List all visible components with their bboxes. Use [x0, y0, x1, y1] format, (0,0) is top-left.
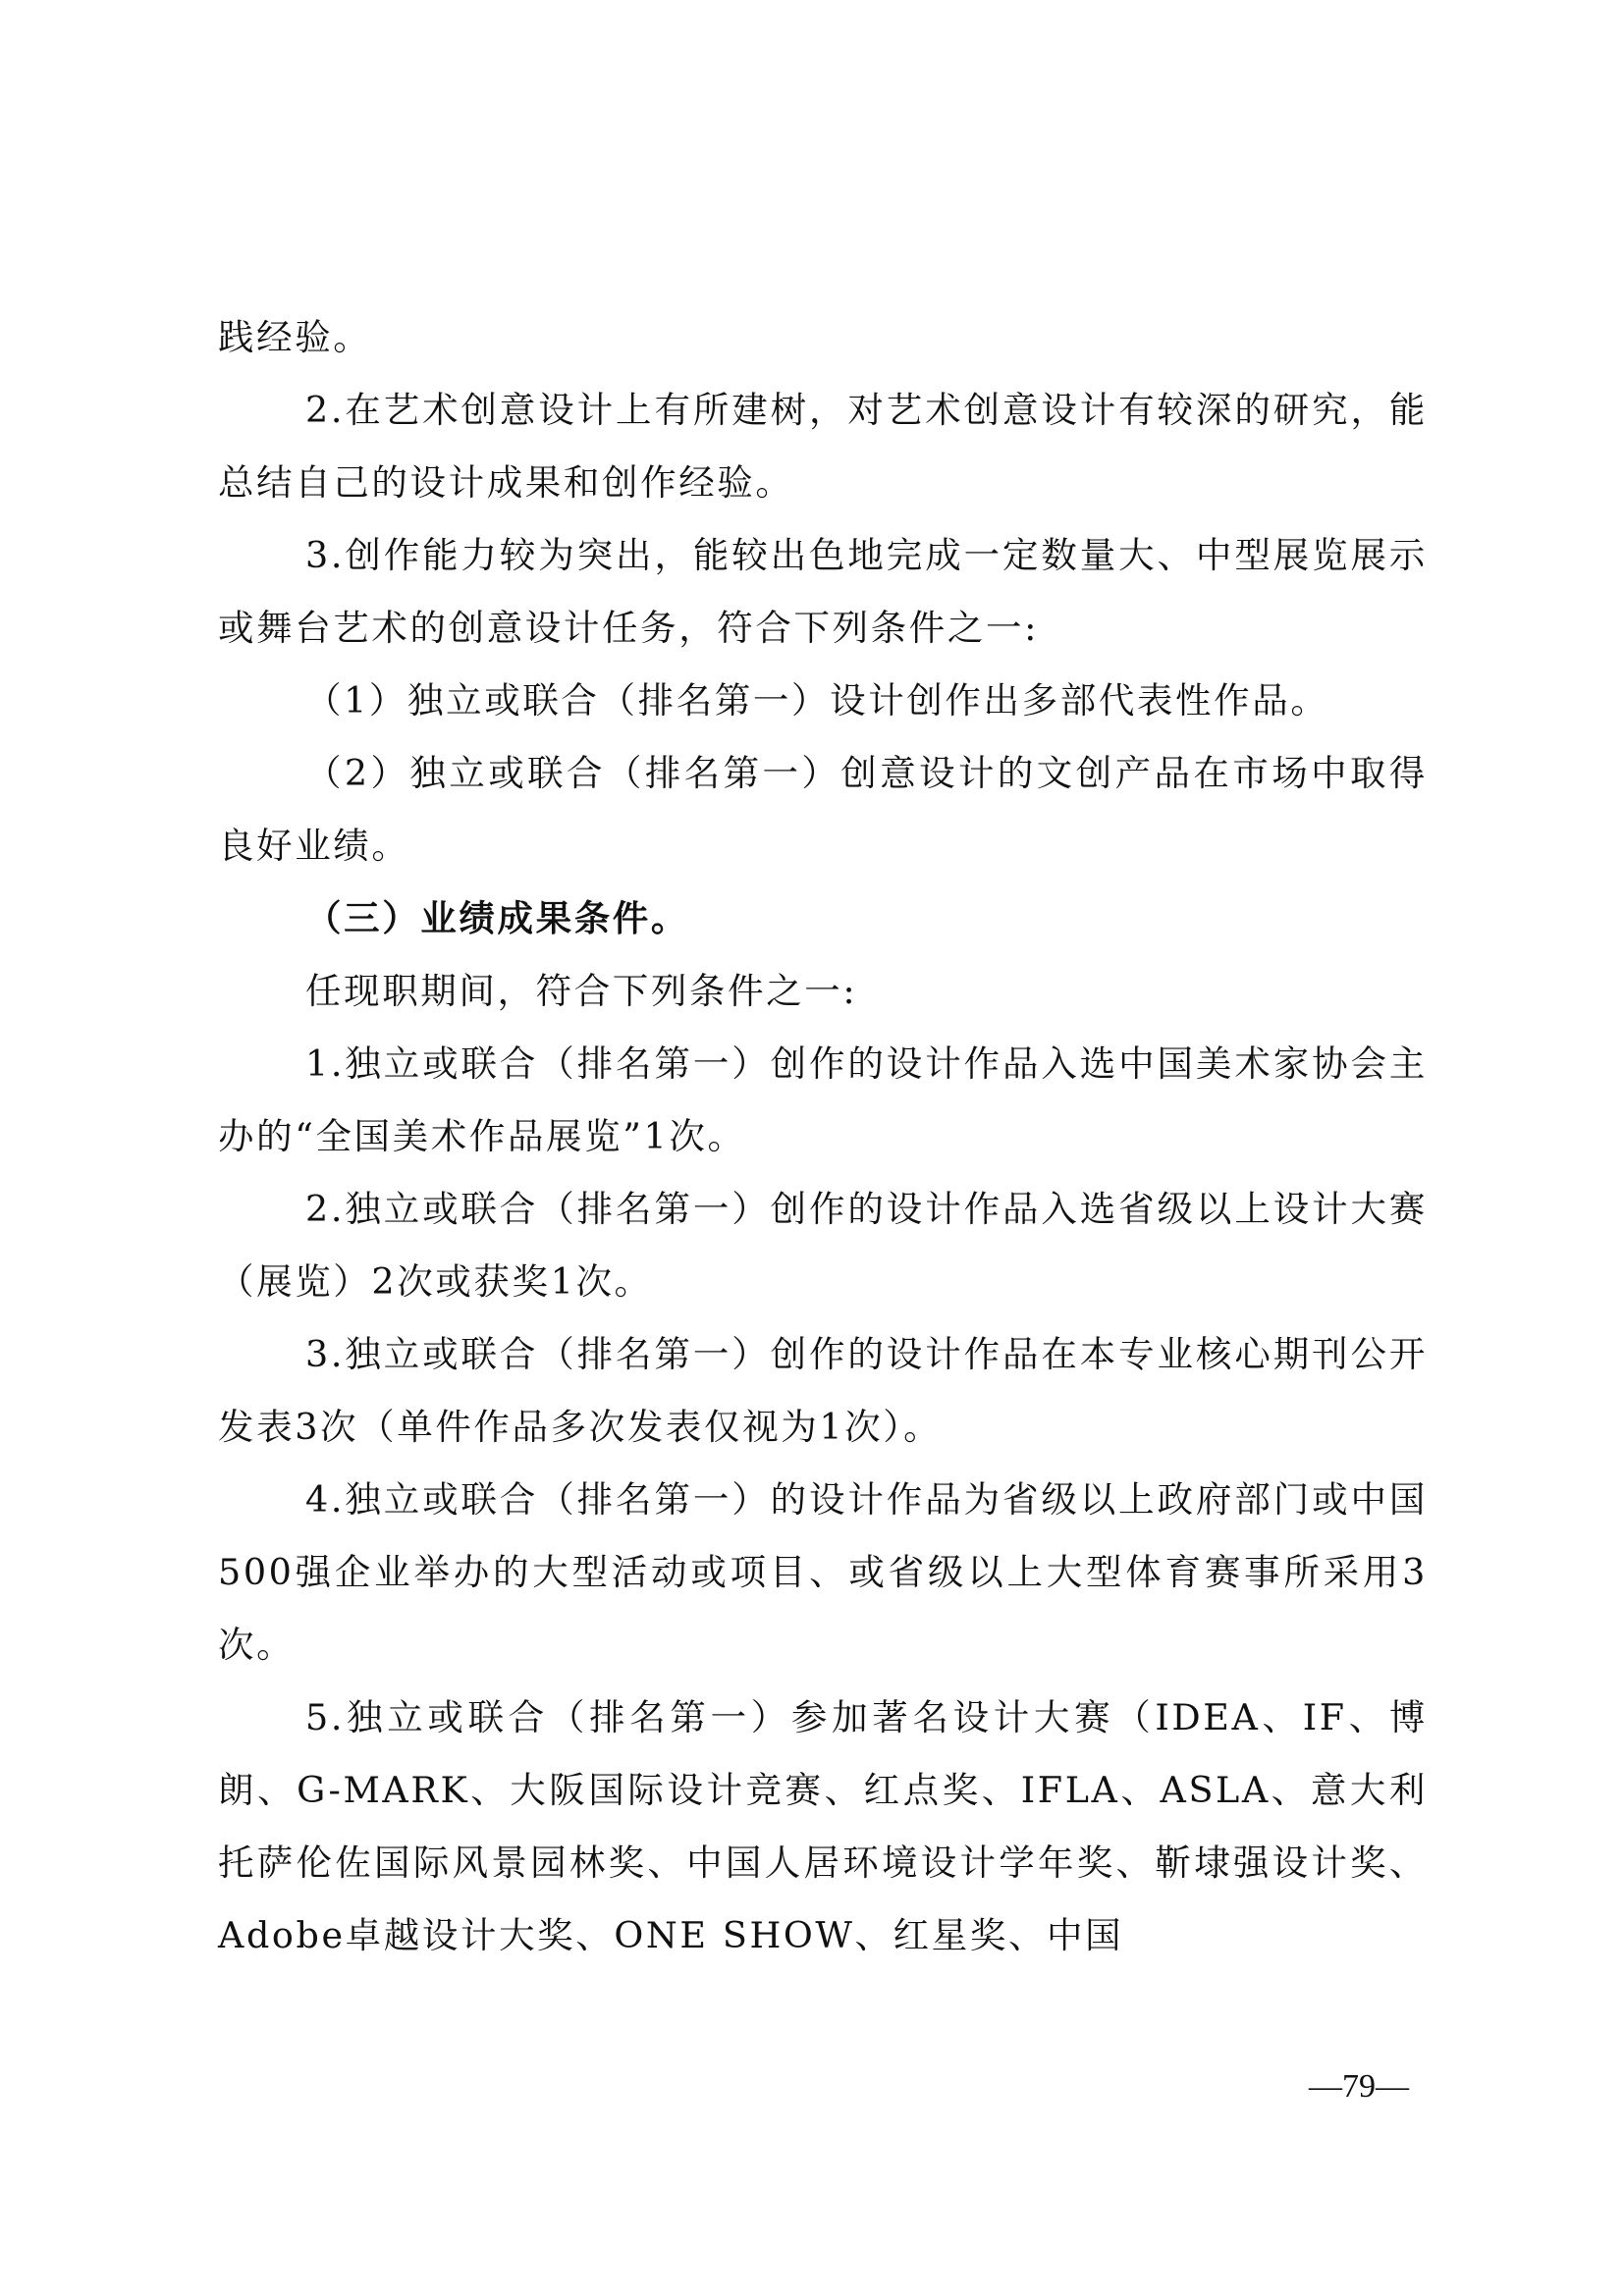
paragraph-achievement-4: 4.独立或联合（排名第一）的设计作品为省级以上政府部门或中国500强企业举办的大… [218, 1464, 1428, 1682]
paragraph-achievement-2: 2.独立或联合（排名第一）创作的设计作品入选省级以上设计大赛（展览）2次或获奖1… [218, 1173, 1428, 1318]
paragraph-achievement-5: 5.独立或联合（排名第一）参加著名设计大赛（IDEA、IF、博朗、G-MARK、… [218, 1682, 1428, 1972]
paragraph-item-3-creative-ability: 3.创作能力较为突出，能较出色地完成一定数量大、中型展览展示或舞台艺术的创意设计… [218, 519, 1428, 665]
document-page: 践经验。 2.在艺术创意设计上有所建树，对艺术创意设计有较深的研究，能总结自己的… [0, 0, 1623, 2296]
page-number: —79— [1309, 2068, 1409, 2106]
body-text: 践经验。 2.在艺术创意设计上有所建树，对艺术创意设计有较深的研究，能总结自己的… [218, 301, 1428, 1972]
paragraph-intro-conditions: 任现职期间，符合下列条件之一: [218, 955, 1428, 1028]
paragraph-item-2-research: 2.在艺术创意设计上有所建树，对艺术创意设计有较深的研究，能总结自己的设计成果和… [218, 374, 1428, 519]
section-heading-achievements: （三）业绩成果条件。 [218, 882, 1428, 955]
paragraph-continuation: 践经验。 [218, 301, 1428, 374]
paragraph-achievement-1: 1.独立或联合（排名第一）创作的设计作品入选中国美术家协会主办的“全国美术作品展… [218, 1028, 1428, 1173]
paragraph-subitem-2: （2）独立或联合（排名第一）创意设计的文创产品在市场中取得良好业绩。 [218, 737, 1428, 882]
paragraph-subitem-1: （1）独立或联合（排名第一）设计创作出多部代表性作品。 [218, 665, 1428, 737]
paragraph-achievement-3: 3.独立或联合（排名第一）创作的设计作品在本专业核心期刊公开发表3次（单件作品多… [218, 1318, 1428, 1464]
